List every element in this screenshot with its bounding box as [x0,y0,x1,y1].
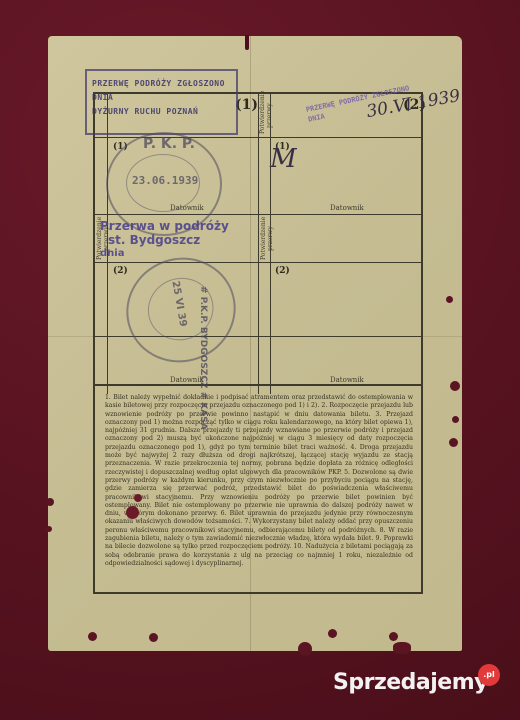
stamp-line-3: DYŻURNY RUCHU POZNAŃ [92,105,225,119]
stain-spot [134,494,142,502]
ticket-instructions: 1. Bilet należy wypełnić dokładnie i pod… [105,394,413,568]
stamp-line-2: DNIA [92,91,225,105]
edge-notch-right [452,416,459,423]
section-2-right-label: (2) [275,266,290,276]
column-divider [258,94,259,394]
section-2-label: (2) [113,266,128,276]
top-tear [245,35,249,50]
watermark-badge: .pl [478,664,500,686]
edge-notch-right [450,381,460,391]
punch-hole [389,632,398,641]
punch-hole-right [446,296,453,303]
edge-notch-right [449,438,458,447]
edge-notch-left [46,526,52,532]
stamp-travel-break-reported: PRZERWĘ PODRÓŻY ZGŁOSZONO DNIA DYŻURNY R… [85,69,238,135]
stamp-pkp-date: 23.06.1939 [132,174,198,187]
watermark-brand: Sprzedajemy [333,670,488,695]
stain-spot [126,506,139,519]
edge-notch-bottom [298,642,312,656]
interruption-line-2: st. Bydgoszcz [100,233,229,247]
row-line-3 [95,262,421,263]
stamp-travel-interruption: Przerwa w podróży st. Bydgoszcz dnia [100,219,229,261]
interruption-line-1: Przerwa w podróży [100,219,229,233]
handwritten-mark: M [270,144,297,174]
datownik-label-right-2: Datownik [330,376,364,384]
vertical-label-top: Potwierdzenie przerwy [259,98,273,134]
edge-notch-bottom [393,642,411,654]
punch-hole [328,629,337,638]
instructions-top-border [95,384,421,386]
datownik-label-right-1: Datownik [330,204,364,212]
punch-hole [88,632,97,641]
stamp-kasa-ring: # P.K.P. BYDGOSZCZ # KASA [198,286,208,430]
punch-hole [149,633,158,642]
stamp-line-1: PRZERWĘ PODRÓŻY ZGŁOSZONO [92,77,225,91]
interruption-line-3: dnia [100,247,229,261]
section-1-right-header: (1) [235,97,258,113]
vertical-label-right: Potwierdzenie przerwy [260,218,274,260]
ticket-paper: (1) (1) (2) (1) (2) (2) Potwierdzenie pr… [48,36,462,651]
stamp-pkp-ring-text: P. K. P. [143,136,195,152]
edge-notch-left [46,498,54,506]
